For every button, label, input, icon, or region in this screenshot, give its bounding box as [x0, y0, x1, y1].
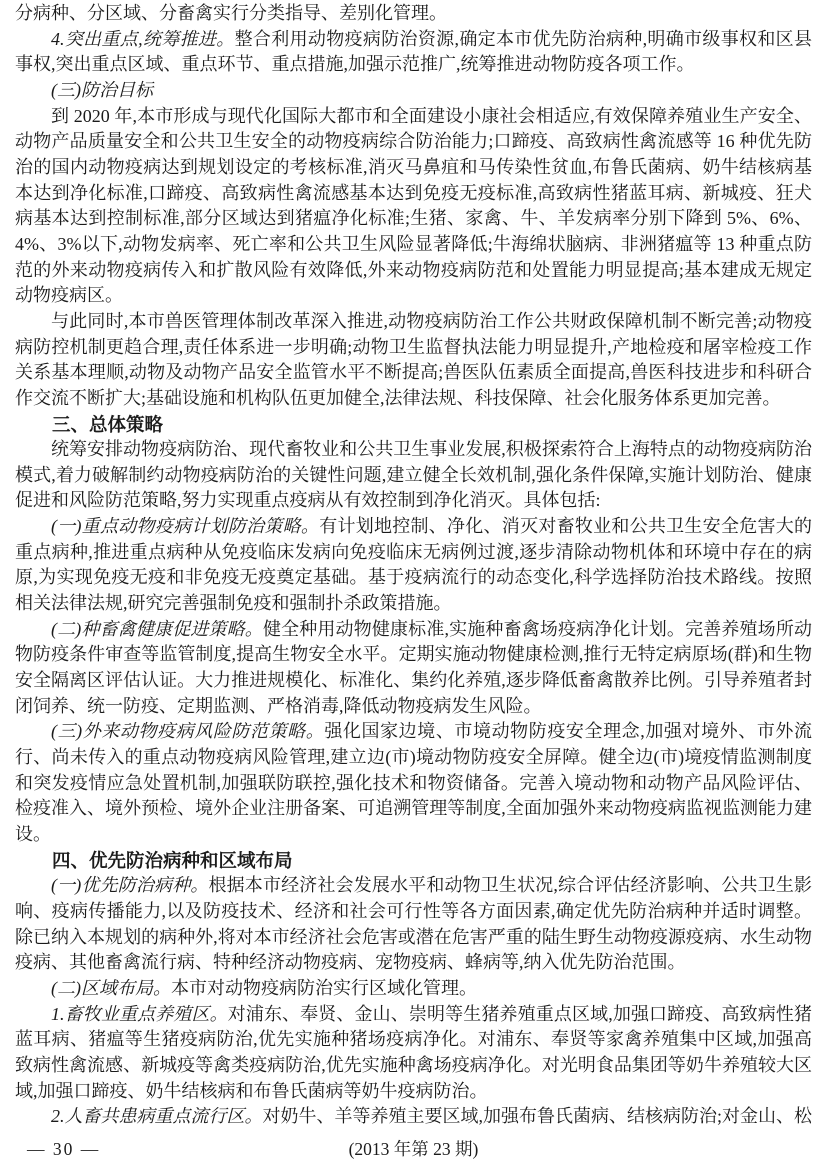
document-body: 分病种、分区域、分畜禽实行分类指导、差别化管理。4.突出重点,统筹推进。整合利用…: [15, 1, 812, 1130]
paragraph: 统筹安排动物疫病防治、现代畜牧业和公共卫生事业发展,积极探索符合上海特点的动物疫…: [15, 437, 812, 514]
run-in-heading: 2.人畜共患病重点流行区。: [51, 1106, 263, 1126]
text-run: 统筹安排动物疫病防治、现代畜牧业和公共卫生事业发展,积极探索符合上海特点的动物疫…: [15, 439, 812, 510]
paragraph: 4.突出重点,统筹推进。整合利用动物疫病防治资源,确定本市优先防治病种,明确市级…: [15, 27, 812, 78]
paragraph: (三)外来动物疫病风险防范策略。强化国家边境、市境动物防疫安全理念,加强对境外、…: [15, 719, 812, 847]
paragraph: (三)防治目标: [15, 78, 812, 104]
document-page: 分病种、分区域、分畜禽实行分类指导、差别化管理。4.突出重点,统筹推进。整合利用…: [0, 0, 827, 1170]
text-run: 三、总体策略: [52, 414, 163, 435]
run-in-heading: (一)优先防治病种。: [51, 875, 209, 895]
issue-label: (2013 年第 23 期): [15, 1137, 812, 1161]
run-in-heading: (一)重点动物疫病计划防治策略。: [51, 516, 319, 536]
page-footer: — 30 — (2013 年第 23 期): [15, 1137, 812, 1161]
text-run: 到 2020 年,本市形成与现代化国际大都市和全面建设小康社会相适应,有效保障养…: [15, 106, 812, 306]
section-heading: 三、总体策略: [15, 412, 812, 438]
run-in-heading: 1.畜牧业重点养殖区。: [51, 1004, 228, 1024]
section-heading: 四、优先防治病种和区域布局: [15, 848, 812, 874]
paragraph: (一)优先防治病种。根据本市经济社会发展水平和动物卫生状况,综合评估经济影响、公…: [15, 873, 812, 976]
paragraph: 2.人畜共患病重点流行区。对奶牛、羊等养殖主要区域,加强布鲁氏菌病、结核病防治;…: [15, 1104, 812, 1130]
paragraph: (二)种畜禽健康促进策略。健全种用动物健康标准,实施种畜禽场疫病净化计划。完善养…: [15, 617, 812, 720]
run-in-heading: (三)防治目标: [51, 80, 153, 100]
text-run: 四、优先防治病种和区域布局: [52, 850, 293, 871]
run-in-heading: (三)外来动物疫病风险防范策略。: [51, 721, 324, 741]
run-in-heading: (二)区域布局。: [51, 978, 171, 998]
paragraph: (一)重点动物疫病计划防治策略。有计划地控制、净化、消灭对畜牧业和公共卫生安全危…: [15, 514, 812, 617]
text-run: 分病种、分区域、分畜禽实行分类指导、差别化管理。: [15, 3, 447, 23]
text-run: 对奶牛、羊等养殖主要区域,加强布鲁氏菌病、结核病防治;对金山、松: [263, 1106, 813, 1126]
paragraph: 到 2020 年,本市形成与现代化国际大都市和全面建设小康社会相适应,有效保障养…: [15, 104, 812, 309]
paragraph: 分病种、分区域、分畜禽实行分类指导、差别化管理。: [15, 1, 812, 27]
paragraph: 1.畜牧业重点养殖区。对浦东、奉贤、金山、崇明等生猪养殖重点区域,加强口蹄疫、高…: [15, 1002, 812, 1105]
paragraph: 与此同时,本市兽医管理体制改革深入推进,动物疫病防治工作公共财政保障机制不断完善…: [15, 309, 812, 412]
text-run: 本市对动物疫病防治实行区域化管理。: [171, 978, 477, 998]
text-run: 与此同时,本市兽医管理体制改革深入推进,动物疫病防治工作公共财政保障机制不断完善…: [15, 311, 812, 408]
paragraph: (二)区域布局。本市对动物疫病防治实行区域化管理。: [15, 976, 812, 1002]
run-in-heading: (二)种畜禽健康促进策略。: [51, 619, 263, 639]
run-in-heading: 4.突出重点,统筹推进。: [51, 29, 235, 49]
